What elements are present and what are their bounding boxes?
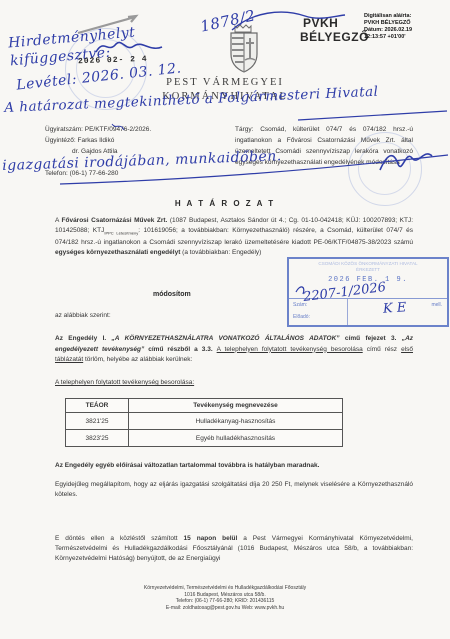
appeal-deadline: 15 napon belül — [184, 535, 238, 542]
digital-stamp-name-line2: BÉLYEGZŐ — [300, 30, 369, 44]
stamp-received-label: ÉRKEZETT — [289, 267, 447, 273]
signature-detail-line1: Digitálisan aláírta: — [364, 13, 446, 20]
paragraph-amendment: Az Engedély I. „A KÖRNYEZETHASZNÁLATRA V… — [55, 334, 413, 366]
stamp-field-divider — [347, 299, 348, 325]
hungary-coat-of-arms-icon — [227, 24, 261, 74]
subsection-title: A telephelyen folytatott tevékenység bes… — [217, 346, 363, 353]
note-underline — [298, 111, 447, 120]
file-number: Ügyiratszám: PE/KTF/09476-2/2026. — [45, 124, 230, 135]
decision-title: H A T Á R O Z A T — [0, 199, 450, 208]
footer-block: Környezetvédelmi, Természetvédelmi és Hu… — [0, 585, 450, 611]
modositom-word: módosítom — [153, 291, 191, 298]
handwritten-stamp-initials: K E — [383, 300, 407, 317]
table-row: 3823'25 Egyéb hulladékhasznosítás — [66, 430, 343, 447]
table-row: 3821'25 Hulladékanyag-hasznosítás — [66, 413, 343, 430]
table-header-row: TEÁOR Tevékenység megnevezése — [66, 399, 343, 413]
signature-detail-line4: 12:13:57 +01'00' — [364, 34, 446, 41]
table-cell-activity: Egyéb hulladékhasznosítás — [129, 430, 343, 447]
signature-detail-line2: PVKH BÉLYEGZŐ — [364, 20, 446, 27]
stamp-field-attachment-label: mell. — [431, 302, 442, 308]
paragraph-appeal: E döntés ellen a közléstől számított 15 … — [55, 534, 413, 564]
signature-detail-line3: Dátum: 2026.02.19 — [364, 27, 446, 34]
municipality-received-stamp: CSOMÁDI KÖZÖS ÖNKORMÁNYZATI HIVATAL ÉRKE… — [287, 257, 449, 327]
p2-s9: törlöm, helyébe az alábbiak kerülnek: — [83, 356, 192, 363]
digital-stamp-name-line1: PVKH — [303, 16, 338, 30]
chapter-title: „A KÖRNYEZETHASZNÁLATRA VONATKOZÓ ÁLTALÁ… — [112, 335, 340, 342]
intro-line: az alábbiak szerint: — [55, 311, 255, 321]
footer-email-web: E-mail: zoldhatosag@pest.gov.hu Web: www… — [0, 605, 450, 612]
paragraph-fee: Egyidejűleg megállapítom, hogy az eljárá… — [55, 480, 413, 500]
table-label: A telephelyen folytatott tevékenység bes… — [55, 378, 355, 388]
footer-department: Környezetvédelmi, Természetvédelmi és Hu… — [0, 585, 450, 592]
footer-phone-krid: Telefon: (06-1) 77-66-280; KRID: 2014361… — [0, 598, 450, 605]
company-name: Fővárosi Csatornázási Művek Zrt. — [62, 217, 168, 224]
p1-s6: (a továbbiakban: Engedély) — [180, 249, 261, 256]
table-header-teaor: TEÁOR — [66, 399, 129, 413]
p2-s1: Az Engedély I. — [55, 335, 112, 342]
clerk-name: Ügyintéző: Farkas Ildikó — [45, 135, 230, 146]
footer-address: 1016 Budapest, Mészáros utca 58/b. — [0, 592, 450, 599]
paragraph-company: A Fővárosi Csatornázási Művek Zrt. (1087… — [55, 216, 413, 258]
p5-s1: E döntés ellen a közléstől számított — [55, 535, 184, 542]
activity-table: TEÁOR Tevékenység megnevezése 3821'25 Hu… — [65, 398, 343, 447]
p2-s7: című rész — [363, 346, 401, 353]
scanned-decision-document: Hirdetményhelyt kifüggesztve: 2026 02- 2… — [0, 0, 450, 639]
activity-table-wrap: TEÁOR Tevékenység megnevezése 3821'25 Hu… — [65, 398, 343, 447]
stamp-field-clerk-label: Előadó: — [293, 314, 310, 320]
digital-signature-details: Digitálisan aláírta: PVKH BÉLYEGZŐ Dátum… — [364, 13, 446, 41]
p2-s3: című fejezet 3. — [340, 335, 402, 342]
agency-name-line1: PEST VÁRMEGYEI — [0, 77, 450, 88]
permit-name: egységes környezethasználati engedélyt — [55, 249, 180, 256]
table-cell-code: 3823'25 — [66, 430, 129, 447]
p2-s5: című részből a 3.3. — [144, 346, 216, 353]
table-cell-activity: Hulladékanyag-hasznosítás — [129, 413, 343, 430]
ktj-ippc-subscript: IPPC Létesítmény — [104, 230, 138, 235]
table-cell-code: 3821'25 — [66, 413, 129, 430]
table-header-activity: Tevékenység megnevezése — [129, 399, 343, 413]
paragraph-remains-valid: Az Engedély egyéb előírásai változatlan … — [55, 461, 413, 471]
